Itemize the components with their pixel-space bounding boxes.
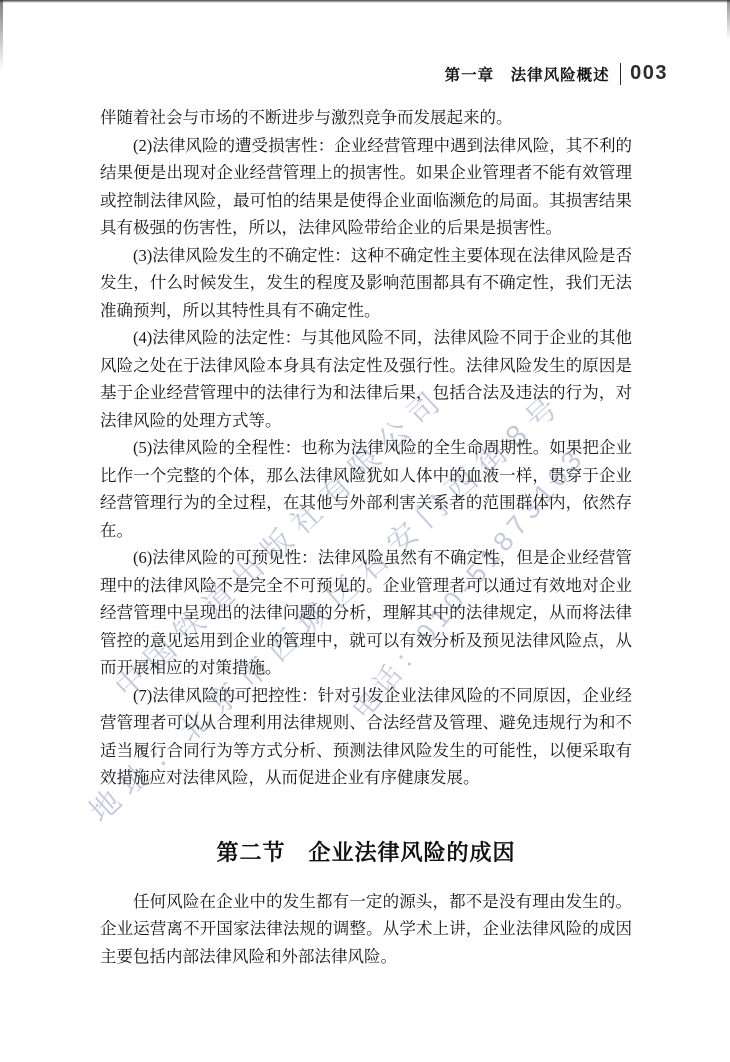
scanned-book-page: 中国铁道出版社有限公司 地址：北京市西城区右安门西街8号 电话：010-5187…: [0, 0, 730, 1062]
section-heading: 第二节 企业法律风险的成因: [100, 838, 632, 868]
paragraph-item-6: (6)法律风险的可预见性：法律风险虽然有不确定性，但是企业经营管理中的法律风险不…: [100, 544, 632, 682]
paragraph-item-2: (2)法律风险的遭受损害性：企业经营管理中遇到法律风险，其不利的结果便是出现对企…: [100, 132, 632, 242]
paragraph-continuation: 伴随着社会与市场的不断进步与激烈竞争而发展起来的。: [100, 104, 632, 132]
scan-edge-top: [0, 0, 730, 3]
page-number: 003: [630, 62, 668, 85]
text-column: 伴随着社会与市场的不断进步与激烈竞争而发展起来的。 (2)法律风险的遭受损害性：…: [100, 104, 632, 970]
paragraph-item-3: (3)法律风险发生的不确定性：这种不确定性主要体现在法律风险是否发生，什么时候发…: [100, 242, 632, 325]
paragraph-item-5: (5)法律风险的全程性：也称为法律风险的全生命周期性。如果把企业比作一个完整的个…: [100, 434, 632, 544]
section-intro-paragraph: 任何风险在企业中的发生都有一定的源头，都不是没有理由发生的。企业运营离不开国家法…: [100, 888, 632, 971]
scan-edge-top-left: [0, 0, 3, 70]
paragraph-item-7: (7)法律风险的可把控性：针对引发企业法律风险的不同原因，企业经营管理者可以从合…: [100, 682, 632, 792]
running-head: 第一章 法律风险概述 003: [445, 62, 668, 85]
chapter-title: 第一章 法律风险概述: [445, 63, 610, 85]
header-divider: [620, 63, 622, 85]
paragraph-item-4: (4)法律风险的法定性：与其他风险不同，法律风险不同于企业的其他风险之处在于法律…: [100, 324, 632, 434]
